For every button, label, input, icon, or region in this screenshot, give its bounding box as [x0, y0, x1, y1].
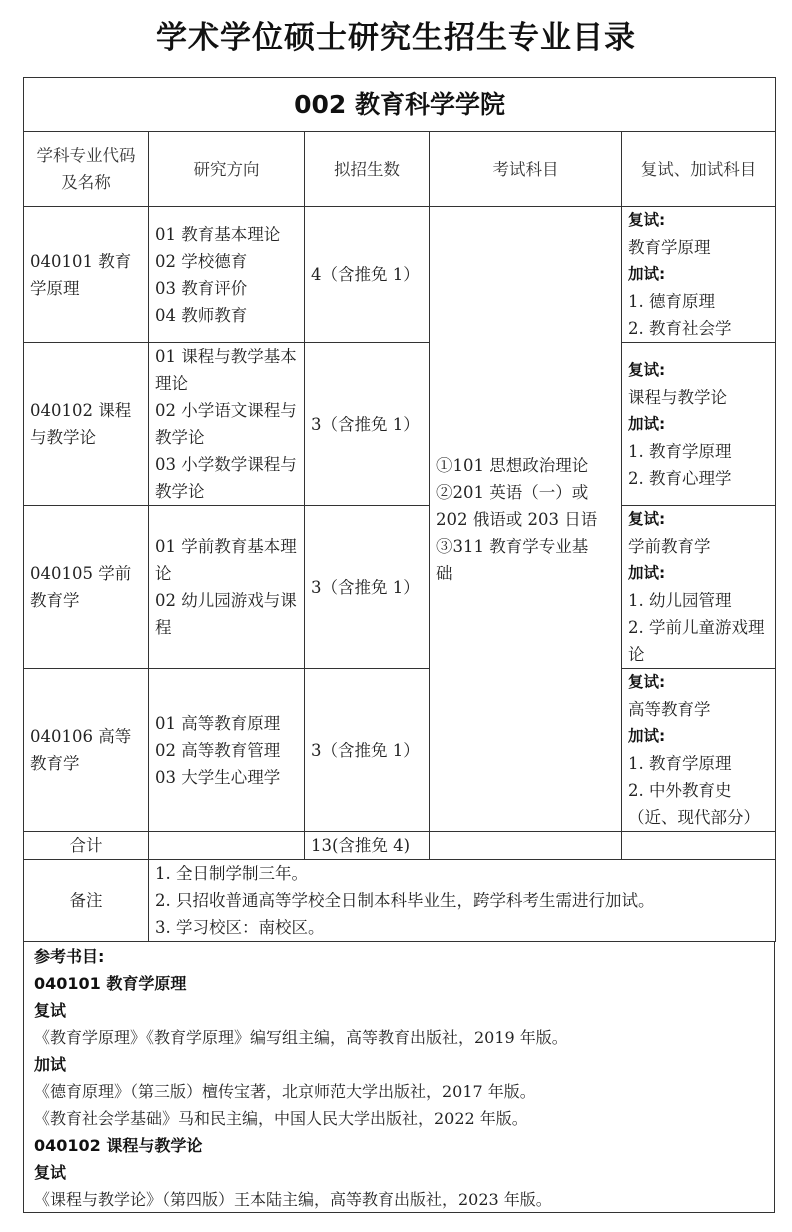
direction-item: 04 教师教育 — [155, 302, 298, 329]
total-quota: 13(含推免 4) — [305, 832, 430, 860]
program-quota: 4（含推免 1） — [305, 207, 430, 343]
total-row: 合计 13(含推免 4) — [24, 832, 776, 860]
reference-books: 参考书目: 040101 教育学原理 复试 《教育学原理》《教育学原理》编写组主… — [23, 941, 775, 1213]
reference-program: 040102 课程与教学论 — [34, 1132, 764, 1159]
total-directions-empty — [149, 832, 305, 860]
direction-item: 02 小学语文课程与教学论 — [155, 397, 298, 451]
program-directions: 01 高等教育原理 02 高等教育管理 03 大学生心理学 — [149, 669, 305, 832]
reference-group-label: 复试 — [34, 1159, 764, 1186]
direction-item: 01 课程与教学基本理论 — [155, 343, 298, 397]
program-quota: 3（含推免 1） — [305, 506, 430, 669]
extra-test-label: 加试: — [628, 411, 769, 438]
extra-test-item: 1. 教育学原理 — [628, 438, 769, 465]
direction-item: 03 教育评价 — [155, 275, 298, 302]
program-directions: 01 课程与教学基本理论 02 小学语文课程与教学论 03 小学数学课程与教学论 — [149, 343, 305, 506]
header-code-name: 学科专业代码及名称 — [24, 132, 149, 207]
retest-subjects: 复试: 高等教育学 加试: 1. 教育学原理 2. 中外教育史 （近、现代部分） — [622, 669, 776, 832]
header-retest-subjects: 复试、加试科目 — [622, 132, 776, 207]
table-row: 040105 学前教育学 01 学前教育基本理论 02 幼儿园游戏与课程 3（含… — [24, 506, 776, 669]
extra-test-label: 加试: — [628, 560, 769, 587]
extra-test-item: 2. 学前儿童游戏理论 — [628, 614, 769, 668]
extra-test-item: 2. 中外教育史 — [628, 777, 769, 804]
reference-program: 040101 教育学原理 — [34, 970, 764, 997]
extra-test-item: （近、现代部分） — [628, 804, 769, 831]
reference-book: 《课程与教学论》（第四版）王本陆主编，高等教育出版社，2023 年版。 — [34, 1186, 764, 1213]
exam-subject-item: ③311 教育学专业基 — [436, 533, 615, 560]
header-row: 学科专业代码及名称 研究方向 拟招生数 考试科目 复试、加试科目 — [24, 132, 776, 207]
retest-item: 高等教育学 — [628, 696, 769, 723]
retest-item: 教育学原理 — [628, 234, 769, 261]
retest-subjects: 复试: 教育学原理 加试: 1. 德育原理 2. 教育社会学 — [622, 207, 776, 343]
reference-group-label: 复试 — [34, 997, 764, 1024]
retest-label: 复试: — [628, 506, 769, 533]
retest-label: 复试: — [628, 207, 769, 234]
exam-subjects: ①101 思想政治理论 ②201 英语（一）或 202 俄语或 203 日语 ③… — [430, 207, 622, 832]
program-code-name: 040106 高等教育学 — [24, 669, 149, 832]
exam-subject-item: ②201 英语（一）或 — [436, 479, 615, 506]
retest-label: 复试: — [628, 357, 769, 384]
extra-test-label: 加试: — [628, 723, 769, 750]
notes-label: 备注 — [24, 860, 149, 942]
direction-item: 01 教育基本理论 — [155, 221, 298, 248]
note-item: 1. 全日制学制三年。 — [155, 860, 769, 887]
retest-item: 学前教育学 — [628, 533, 769, 560]
direction-item: 02 学校德育 — [155, 248, 298, 275]
exam-subject-item: 础 — [436, 560, 615, 587]
notes-content: 1. 全日制学制三年。 2. 只招收普通高等学校全日制本科毕业生，跨学科考生需进… — [149, 860, 776, 942]
direction-item: 01 学前教育基本理论 — [155, 533, 298, 587]
reference-book: 《教育学原理》《教育学原理》编写组主编，高等教育出版社，2019 年版。 — [34, 1024, 764, 1051]
table-row: 040106 高等教育学 01 高等教育原理 02 高等教育管理 03 大学生心… — [24, 669, 776, 832]
retest-item: 课程与教学论 — [628, 384, 769, 411]
references-heading: 参考书目: — [34, 943, 764, 970]
direction-item: 02 高等教育管理 — [155, 737, 298, 764]
exam-subject-item: ①101 思想政治理论 — [436, 452, 615, 479]
direction-item: 01 高等教育原理 — [155, 710, 298, 737]
direction-item: 03 大学生心理学 — [155, 764, 298, 791]
header-quota: 拟招生数 — [305, 132, 430, 207]
total-exam-empty — [430, 832, 622, 860]
extra-test-item: 2. 教育心理学 — [628, 465, 769, 492]
extra-test-item: 1. 德育原理 — [628, 288, 769, 315]
retest-subjects: 复试: 学前教育学 加试: 1. 幼儿园管理 2. 学前儿童游戏理论 — [622, 506, 776, 669]
program-catalog-table: 002 教育科学学院 学科专业代码及名称 研究方向 拟招生数 考试科目 复试、加… — [23, 77, 776, 942]
page-title: 学术学位硕士研究生招生专业目录 — [0, 12, 792, 57]
extra-test-label: 加试: — [628, 261, 769, 288]
program-code-name: 040102 课程与教学论 — [24, 343, 149, 506]
header-direction: 研究方向 — [149, 132, 305, 207]
notes-row: 备注 1. 全日制学制三年。 2. 只招收普通高等学校全日制本科毕业生，跨学科考… — [24, 860, 776, 942]
reference-group-label: 加试 — [34, 1051, 764, 1078]
direction-item: 03 小学数学课程与教学论 — [155, 451, 298, 505]
extra-test-item: 1. 幼儿园管理 — [628, 587, 769, 614]
table-row: 040102 课程与教学论 01 课程与教学基本理论 02 小学语文课程与教学论… — [24, 343, 776, 506]
table-row: 040101 教育学原理 01 教育基本理论 02 学校德育 03 教育评价 0… — [24, 207, 776, 343]
reference-book: 《德育原理》（第三版）檀传宝著，北京师范大学出版社，2017 年版。 — [34, 1078, 764, 1105]
program-code-name: 040101 教育学原理 — [24, 207, 149, 343]
direction-item: 02 幼儿园游戏与课程 — [155, 587, 298, 641]
program-quota: 3（含推免 1） — [305, 669, 430, 832]
college-name: 002 教育科学学院 — [24, 78, 776, 132]
program-quota: 3（含推免 1） — [305, 343, 430, 506]
retest-subjects: 复试: 课程与教学论 加试: 1. 教育学原理 2. 教育心理学 — [622, 343, 776, 506]
retest-label: 复试: — [628, 669, 769, 696]
note-item: 2. 只招收普通高等学校全日制本科毕业生，跨学科考生需进行加试。 — [155, 887, 769, 914]
exam-subject-item: 202 俄语或 203 日语 — [436, 506, 615, 533]
note-item: 3. 学习校区：南校区。 — [155, 914, 769, 941]
extra-test-item: 1. 教育学原理 — [628, 750, 769, 777]
program-directions: 01 学前教育基本理论 02 幼儿园游戏与课程 — [149, 506, 305, 669]
header-exam-subjects: 考试科目 — [430, 132, 622, 207]
total-retest-empty — [622, 832, 776, 860]
total-label: 合计 — [24, 832, 149, 860]
program-code-name: 040105 学前教育学 — [24, 506, 149, 669]
program-directions: 01 教育基本理论 02 学校德育 03 教育评价 04 教师教育 — [149, 207, 305, 343]
reference-book: 《教育社会学基础》马和民主编，中国人民大学出版社，2022 年版。 — [34, 1105, 764, 1132]
extra-test-item: 2. 教育社会学 — [628, 315, 769, 342]
